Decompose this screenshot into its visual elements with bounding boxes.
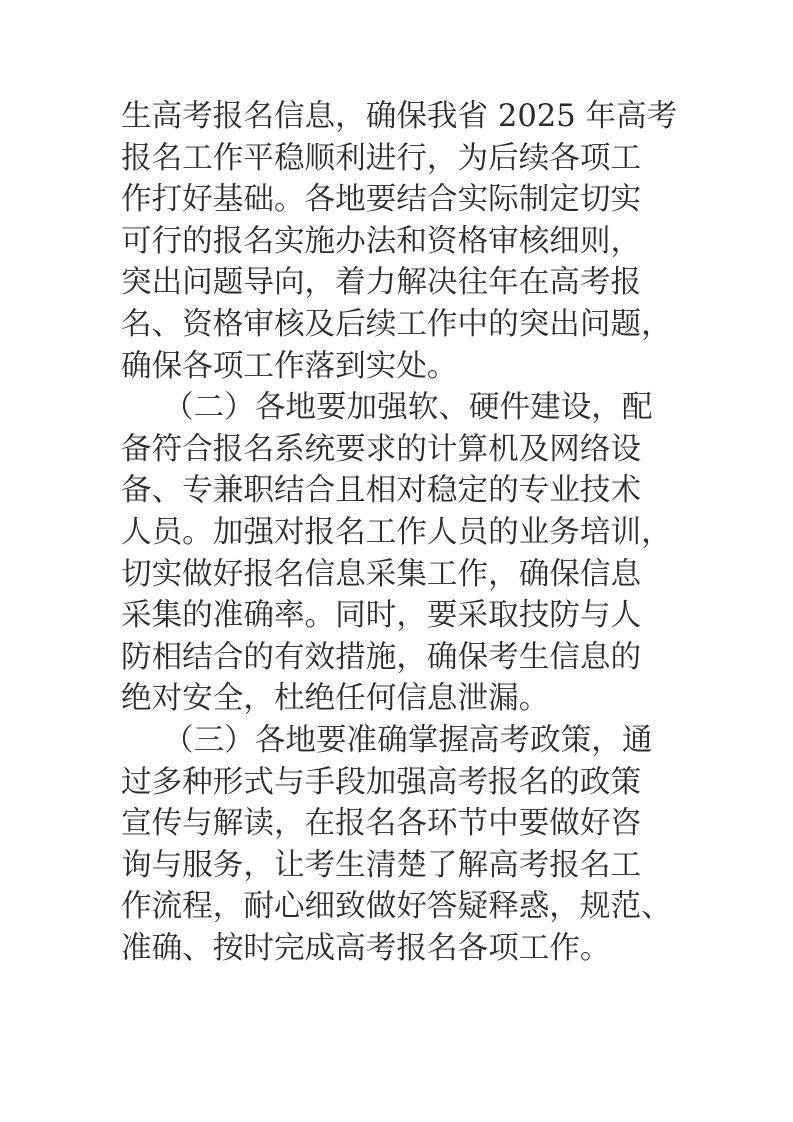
text-line: 绝对安全，杜绝任何信息泄漏。 (121, 678, 677, 720)
text-line: 询与服务，让考生清楚了解高考报名工 (121, 845, 677, 887)
paragraph-section-3: （三）各地要准确掌握高考政策，通 过多种形式与手段加强高考报名的政策 宣传与解读… (121, 720, 677, 970)
text-line: 名、资格审核及后续工作中的突出问题， (121, 304, 677, 346)
text-line: 报名工作平稳顺利进行，为后续各项工 (121, 138, 677, 180)
text-line: 准确、按时完成高考报名各项工作。 (121, 928, 677, 970)
paragraph-continuation: 生高考报名信息，确保我省 2025 年高考 报名工作平稳顺利进行，为后续各项工 … (121, 96, 677, 387)
text-line: （二）各地要加强软、硬件建设，配 (121, 387, 677, 429)
text-line: 生高考报名信息，确保我省 2025 年高考 (121, 96, 677, 138)
text-line: 备符合报名系统要求的计算机及网络设 (121, 429, 677, 471)
text-line: 人员。加强对报名工作人员的业务培训， (121, 512, 677, 554)
paragraph-section-2: （二）各地要加强软、硬件建设，配 备符合报名系统要求的计算机及网络设 备、专兼职… (121, 387, 677, 720)
text-line: 突出问题导向，着力解决往年在高考报 (121, 262, 677, 304)
text-line: 采集的准确率。同时，要采取技防与人 (121, 595, 677, 637)
text-line: 确保各项工作落到实处。 (121, 346, 677, 388)
text-line: 备、专兼职结合且相对稳定的专业技术 (121, 470, 677, 512)
document-page: 生高考报名信息，确保我省 2025 年高考 报名工作平稳顺利进行，为后续各项工 … (121, 96, 677, 969)
text-line: 可行的报名实施办法和资格审核细则， (121, 221, 677, 263)
text-line: 作流程，耐心细致做好答疑释惑，规范、 (121, 886, 677, 928)
text-line: 作打好基础。各地要结合实际制定切实 (121, 179, 677, 221)
text-line: （三）各地要准确掌握高考政策，通 (121, 720, 677, 762)
text-line: 切实做好报名信息采集工作，确保信息 (121, 554, 677, 596)
text-line: 过多种形式与手段加强高考报名的政策 (121, 762, 677, 804)
text-line: 宣传与解读，在报名各环节中要做好咨 (121, 803, 677, 845)
text-line: 防相结合的有效措施，确保考生信息的 (121, 637, 677, 679)
